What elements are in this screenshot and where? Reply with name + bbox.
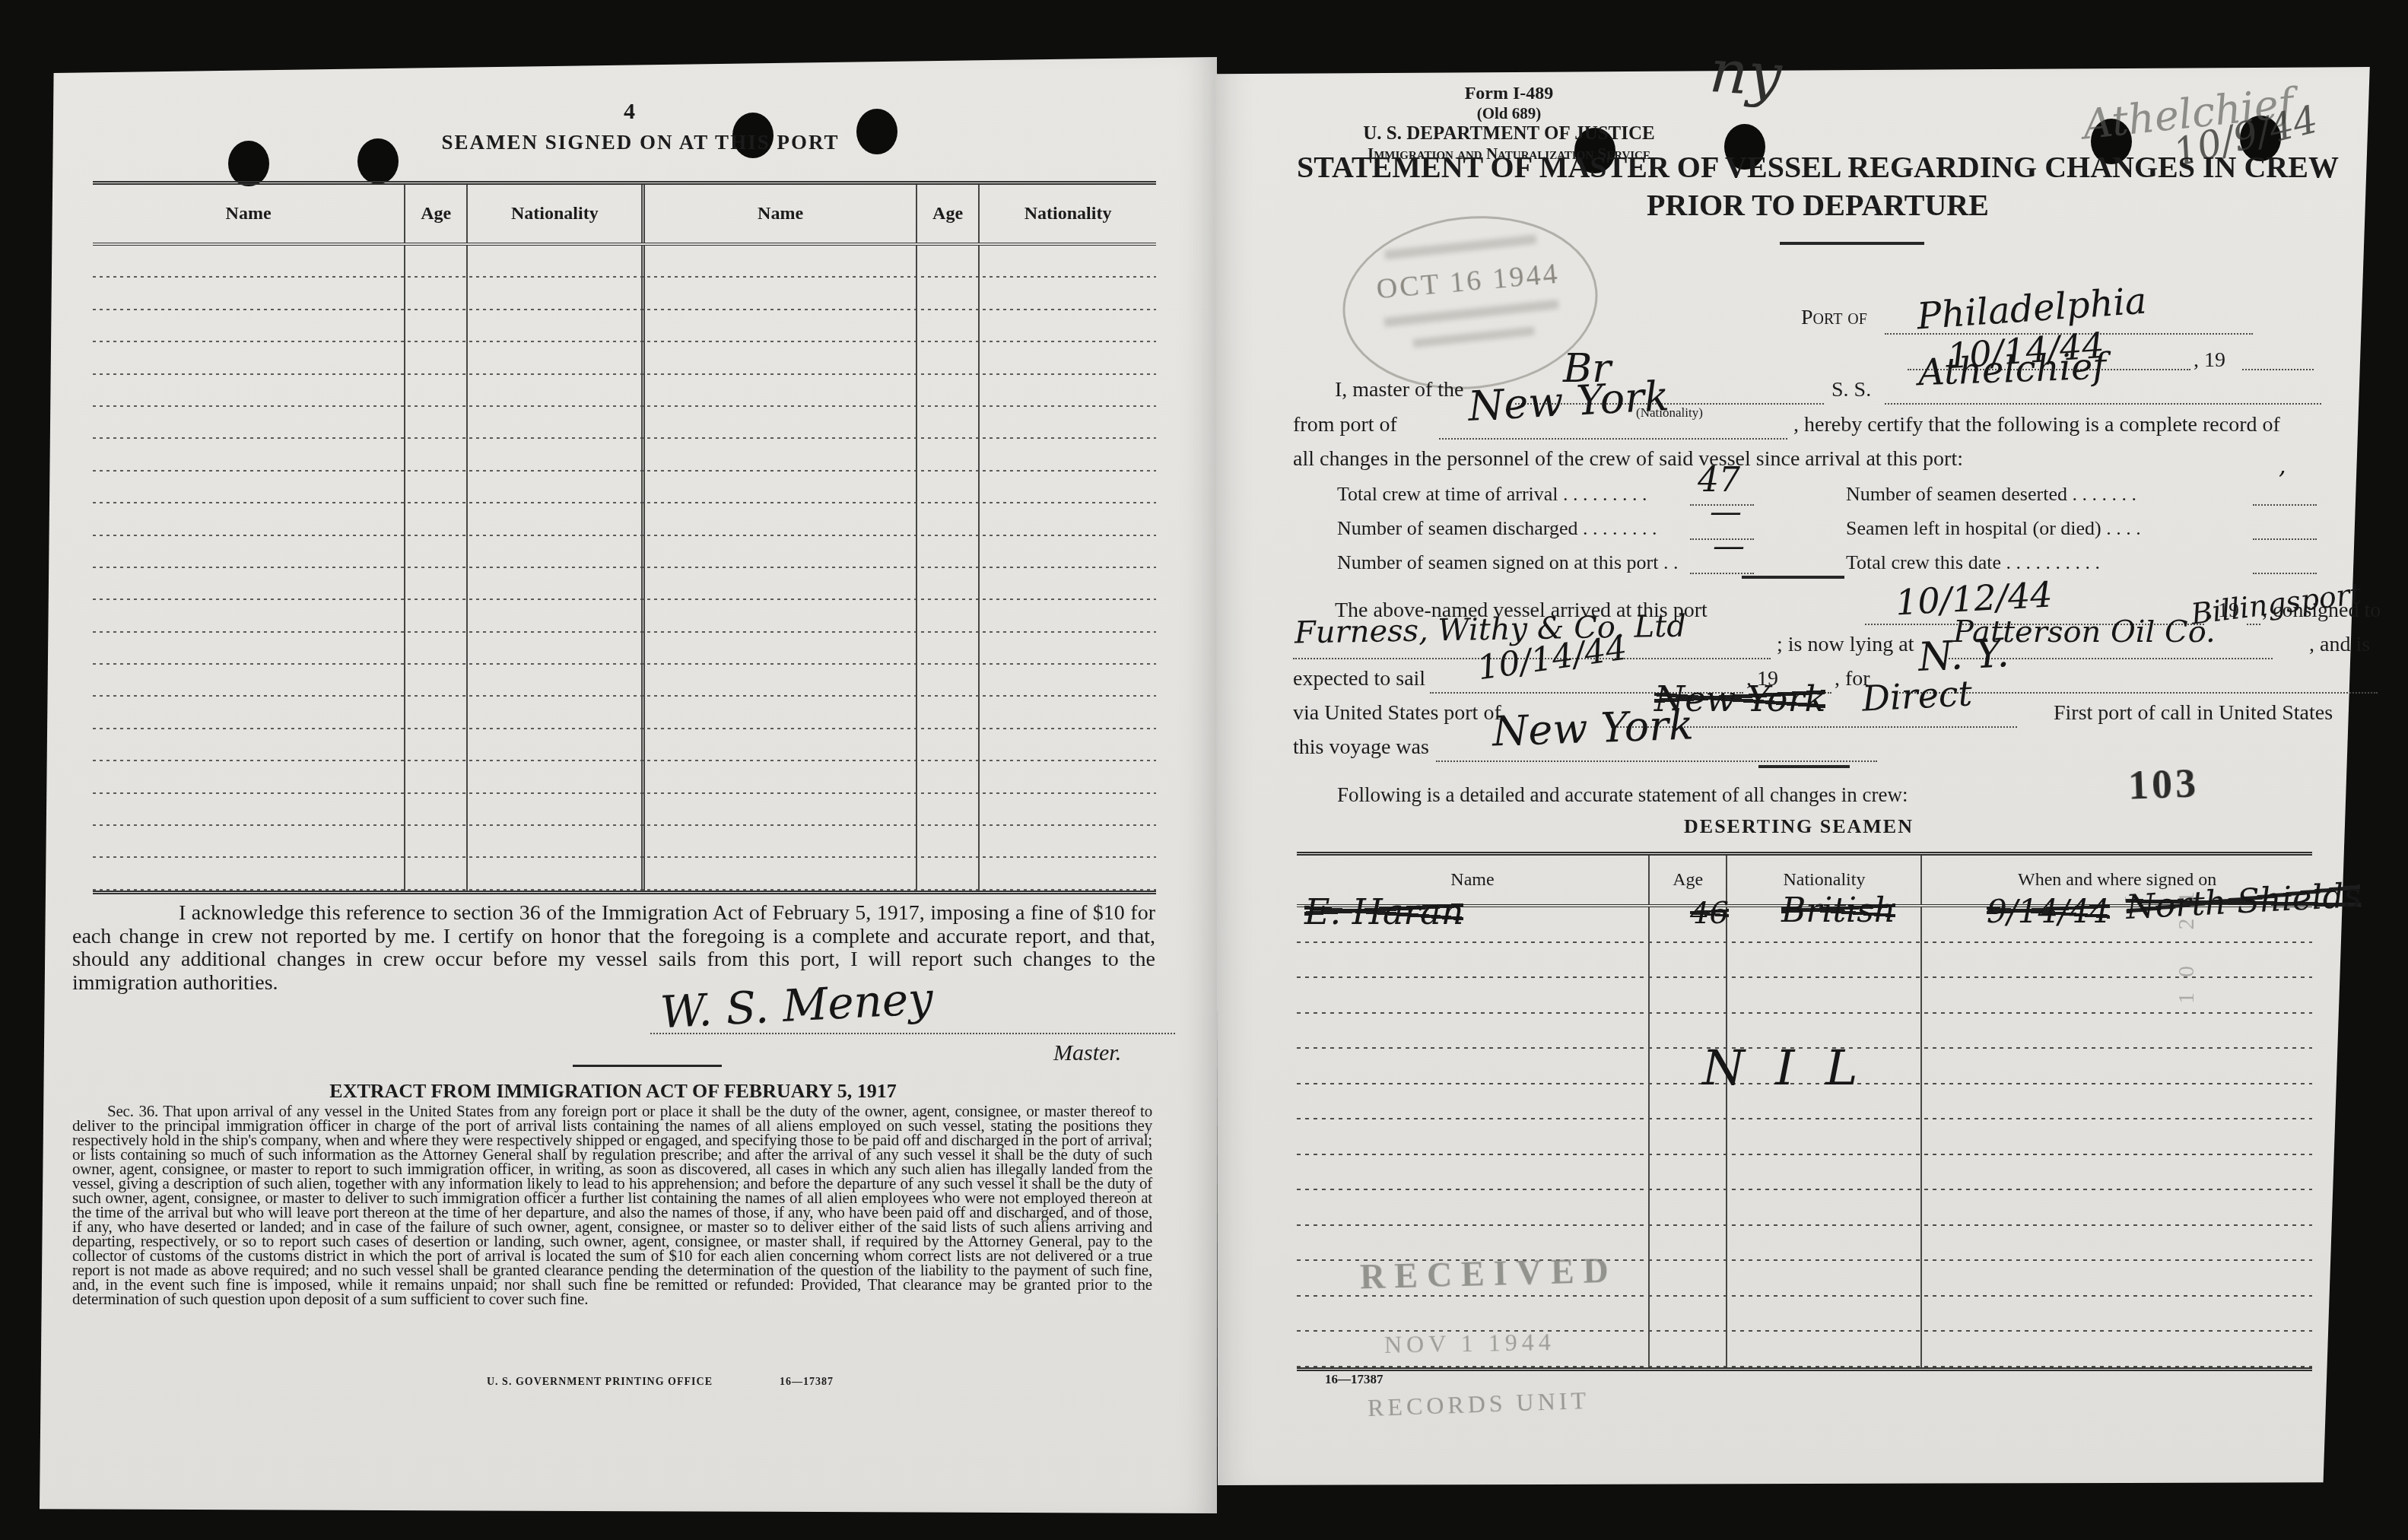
- acknowledgment-paragraph: I acknowledge this reference to section …: [72, 902, 1155, 995]
- table-cell: [93, 794, 404, 826]
- table-cell: [404, 761, 466, 793]
- table-cell: [93, 633, 404, 665]
- table-row: [1297, 1297, 2312, 1332]
- table-cell: [1920, 1226, 2312, 1262]
- table-cell: [1297, 978, 1648, 1014]
- table-row: [93, 503, 1156, 535]
- table-cell: [1297, 1155, 1648, 1191]
- column-header: Name: [93, 185, 404, 243]
- stat-fill: [2253, 538, 2317, 540]
- deserting-seamen-title: DESERTING SEAMEN: [1684, 815, 1914, 838]
- table-cell: [641, 858, 916, 890]
- ss-label: S. S.: [1831, 378, 1871, 402]
- table-cell: [978, 858, 1156, 890]
- table-cell: [641, 794, 916, 826]
- section-rule: [1742, 576, 1844, 579]
- table-row: [1297, 1190, 2312, 1226]
- column-header: Age: [404, 185, 466, 243]
- received-stamp: RECEIVED: [1359, 1250, 1618, 1297]
- table-cell: [978, 439, 1156, 471]
- printing-office-label: U. S. GOVERNMENT PRINTING OFFICE: [487, 1376, 713, 1389]
- table-cell: [1297, 1084, 1648, 1120]
- lying-label: ; is now lying at: [1777, 633, 1914, 657]
- printing-code: 16—17387: [780, 1376, 834, 1389]
- table-cell: [93, 407, 404, 439]
- table-cell: [404, 568, 466, 600]
- table-cell: [978, 794, 1156, 826]
- table-cell: [466, 697, 641, 729]
- table-cell: [466, 439, 641, 471]
- stamp-illegible-line: [1384, 235, 1536, 260]
- table-row: [1297, 1119, 2312, 1155]
- table-cell: [1726, 1261, 1920, 1297]
- table-row: [1297, 978, 2312, 1014]
- via-label: via United States port of: [1293, 701, 1501, 726]
- table-cell: [404, 536, 466, 568]
- table-cell: [1726, 943, 1920, 979]
- voyage-fill: [1436, 760, 1877, 762]
- table-cell: [916, 407, 978, 439]
- table-cell: [404, 858, 466, 890]
- table-cell: [93, 375, 404, 407]
- table-cell: [916, 697, 978, 729]
- table-row: [93, 375, 1156, 407]
- table-row: [93, 342, 1156, 374]
- table-cell: [641, 407, 916, 439]
- table-cell: [1726, 1119, 1920, 1155]
- table-cell: [93, 310, 404, 342]
- table-cell: [641, 665, 916, 697]
- stat-handwritten-value: —: [1713, 527, 1745, 564]
- table-cell: [978, 761, 1156, 793]
- page-number-stamp: 103: [2127, 759, 2200, 808]
- table-cell: [93, 342, 404, 374]
- table-cell: [916, 278, 978, 310]
- table-cell: [1648, 1226, 1727, 1262]
- table-cell: [1297, 943, 1648, 979]
- table-cell: [916, 439, 978, 471]
- table-cell: [641, 246, 916, 278]
- stat-fill: [2253, 573, 2317, 574]
- table-cell: [916, 342, 978, 374]
- stat-fill: [2253, 504, 2317, 506]
- table-cell: [1920, 1014, 2312, 1049]
- table-cell: [93, 472, 404, 503]
- and-is-label: , and is: [2309, 633, 2370, 657]
- table-cell: [93, 439, 404, 471]
- table-row: [93, 439, 1156, 471]
- table-row: [93, 794, 1156, 826]
- table-cell: [1297, 1297, 1648, 1332]
- table-cell: [93, 503, 404, 535]
- column-header: Name: [641, 185, 916, 243]
- table-cell: [641, 278, 916, 310]
- table-cell: [916, 729, 978, 761]
- stat-label: Seamen left in hospital (or died) . . . …: [1846, 517, 2141, 540]
- table-cell: [93, 665, 404, 697]
- table-cell: [641, 826, 916, 858]
- table-cell: [641, 472, 916, 503]
- table-cell: [978, 472, 1156, 503]
- title-rule: [1780, 242, 1924, 245]
- table-cell: [1297, 1014, 1648, 1049]
- table-cell: [466, 375, 641, 407]
- nil-handwritten: N I L: [1702, 1040, 1865, 1097]
- via-handwritten: Direct: [1861, 672, 1974, 719]
- table-cell: [93, 826, 404, 858]
- voyage-handwritten: New York: [1491, 700, 1695, 755]
- table-row: [93, 407, 1156, 439]
- first-port-label: First port of call in United States: [2054, 701, 2333, 726]
- form-old-number: (Old 689): [1243, 104, 1775, 123]
- table-cell: [466, 729, 641, 761]
- page-number: 4: [624, 99, 635, 125]
- year-fill-line: [2242, 369, 2314, 370]
- faint-side-stamp: 10 21: [2174, 877, 2200, 1005]
- table-cell: [466, 665, 641, 697]
- extract-title: EXTRACT FROM IMMIGRATION ACT OF FEBRUARY…: [329, 1080, 896, 1103]
- table-cell: [466, 794, 641, 826]
- table-cell: [466, 536, 641, 568]
- table-cell: [1920, 1049, 2312, 1084]
- table-row: [93, 536, 1156, 568]
- table-cell: [916, 472, 978, 503]
- table-cell: [1920, 1332, 2312, 1367]
- column-header: Age: [916, 185, 978, 243]
- table-cell: [1297, 1049, 1648, 1084]
- table-cell: [1648, 978, 1727, 1014]
- vessel-handwritten-value: Athelchief: [1917, 345, 2107, 395]
- table-cell: [466, 246, 641, 278]
- stat-fill: [1690, 573, 1754, 574]
- table-cell: [1648, 1261, 1727, 1297]
- table-cell: [1920, 978, 2312, 1014]
- table-cell: [1297, 1119, 1648, 1155]
- table-cell: [978, 246, 1156, 278]
- master-label: I, master of the: [1335, 378, 1464, 402]
- seamen-signed-on-table: Name Age Nationality Name Age Nationalit…: [93, 181, 1156, 894]
- table-cell: [466, 342, 641, 374]
- table-cell: [466, 407, 641, 439]
- stat-handwritten-value: —: [1710, 493, 1742, 530]
- table-cell: [93, 761, 404, 793]
- table-cell: [916, 503, 978, 535]
- table-row: [93, 729, 1156, 761]
- table-cell: [641, 568, 916, 600]
- table-cell: [641, 310, 916, 342]
- stat-label: Number of seamen signed on at this port …: [1337, 551, 1678, 574]
- certify-text: , hereby certify that the following is a…: [1793, 413, 2280, 437]
- table-cell: [93, 568, 404, 600]
- table-row: [93, 472, 1156, 503]
- punch-hole: [357, 138, 399, 184]
- table-cell: [978, 278, 1156, 310]
- table-cell: [404, 407, 466, 439]
- table-cell: [1648, 1190, 1727, 1226]
- signature-line: [650, 1033, 1175, 1034]
- stat-label: Total crew this date . . . . . . . . . .: [1846, 551, 2100, 574]
- table-cell: [916, 794, 978, 826]
- table-cell: [404, 246, 466, 278]
- table-cell: [1726, 1190, 1920, 1226]
- struck-nationality-handwritten: British: [1781, 891, 1895, 930]
- table-cell: [641, 342, 916, 374]
- table-cell: [404, 375, 466, 407]
- table-cell: [978, 568, 1156, 600]
- table-cell: [978, 503, 1156, 535]
- table-cell: [916, 310, 978, 342]
- table-cell: [916, 826, 978, 858]
- divider-rule: [573, 1065, 722, 1067]
- table-cell: [641, 375, 916, 407]
- table-cell: [641, 729, 916, 761]
- table-cell: [93, 246, 404, 278]
- table-cell: [916, 633, 978, 665]
- table-body: [93, 246, 1156, 894]
- table-cell: [93, 858, 404, 890]
- table-row: [93, 761, 1156, 793]
- table-cell: [978, 826, 1156, 858]
- table-cell: [404, 342, 466, 374]
- table-cell: [466, 761, 641, 793]
- table-cell: [978, 600, 1156, 632]
- table-cell: [466, 278, 641, 310]
- table-header-row: Name Age Nationality Name Age Nationalit…: [93, 185, 1156, 246]
- form-number: Form I-489: [1243, 84, 1775, 104]
- stat-handwritten-value: ’: [2278, 465, 2286, 494]
- department-name: U. S. DEPARTMENT OF JUSTICE: [1243, 123, 1775, 144]
- table-cell: [916, 600, 978, 632]
- table-cell: [404, 600, 466, 632]
- table-cell: [404, 439, 466, 471]
- table-cell: [1726, 978, 1920, 1014]
- table-cell: [1726, 1332, 1920, 1367]
- table-cell: [916, 761, 978, 793]
- table-cell: [978, 697, 1156, 729]
- table-cell: [1726, 1297, 1920, 1332]
- table-row: [1297, 1155, 2312, 1191]
- scanned-document: 4 SEAMEN SIGNED ON AT THIS PORT Name Age…: [0, 0, 2408, 1540]
- table-cell: [1648, 1155, 1727, 1191]
- table-cell: [466, 858, 641, 890]
- stamp-illegible-line: [1413, 326, 1535, 348]
- punch-hole: [856, 109, 897, 154]
- table-cell: [1648, 1332, 1727, 1367]
- port-label: Port of: [1801, 306, 1867, 330]
- pencil-annotation-ny: ny: [1708, 37, 1784, 110]
- table-cell: [93, 729, 404, 761]
- struck-age-handwritten: 46: [1690, 896, 1729, 931]
- table-cell: [641, 600, 916, 632]
- table-cell: [641, 503, 916, 535]
- table-cell: [1920, 1190, 2312, 1226]
- column-header: Nationality: [978, 185, 1156, 243]
- table-cell: [404, 729, 466, 761]
- stamp-date-text: OCT 16 1944: [1375, 257, 1561, 306]
- table-cell: [93, 536, 404, 568]
- received-date-stamp: NOV 1 1944: [1384, 1328, 1555, 1359]
- table-cell: [466, 472, 641, 503]
- table-cell: [641, 697, 916, 729]
- left-page-title: SEAMEN SIGNED ON AT THIS PORT: [442, 131, 840, 154]
- table-cell: [466, 600, 641, 632]
- table-cell: [916, 665, 978, 697]
- stamp-illegible-line: [1383, 300, 1558, 327]
- table-cell: [1648, 1119, 1727, 1155]
- table-row: [93, 826, 1156, 858]
- table-cell: [466, 633, 641, 665]
- signature-role-label: Master.: [1053, 1040, 1121, 1066]
- following-text: Following is a detailed and accurate sta…: [1337, 783, 1908, 807]
- table-cell: [466, 310, 641, 342]
- voyage-label: this voyage was: [1293, 735, 1429, 760]
- table-cell: [404, 826, 466, 858]
- table-cell: [641, 439, 916, 471]
- table-cell: [1920, 1261, 2312, 1297]
- all-changes-text: all changes in the personnel of the crew…: [1293, 447, 1963, 472]
- table-cell: [1648, 943, 1727, 979]
- table-cell: [93, 278, 404, 310]
- table-cell: [1297, 1190, 1648, 1226]
- table-cell: [978, 729, 1156, 761]
- table-cell: [978, 342, 1156, 374]
- from-port-label: from port of: [1293, 413, 1397, 437]
- table-cell: [978, 536, 1156, 568]
- table-cell: [1920, 943, 2312, 979]
- table-cell: [404, 633, 466, 665]
- stat-label: Number of seamen deserted . . . . . . .: [1846, 483, 2136, 506]
- table-cell: [466, 503, 641, 535]
- table-cell: [978, 310, 1156, 342]
- punch-hole: [228, 141, 269, 186]
- consignee-handwritten: Furness, Withy & Co. Ltd: [1295, 609, 1687, 651]
- table-row: [93, 310, 1156, 342]
- table-cell: [978, 633, 1156, 665]
- year-label: , 19: [2194, 348, 2225, 373]
- table-cell: [1726, 1226, 1920, 1262]
- table-cell: [404, 310, 466, 342]
- table-cell: [1726, 1155, 1920, 1191]
- table-cell: [916, 858, 978, 890]
- struck-signed-date-handwritten: 9/14/44: [1987, 893, 2110, 930]
- table-cell: [466, 568, 641, 600]
- table-cell: [93, 697, 404, 729]
- table-row: [93, 633, 1156, 665]
- table-cell: [1920, 1119, 2312, 1155]
- table-row: [93, 697, 1156, 729]
- table-body: [1297, 907, 2312, 1371]
- struck-name-handwritten: E. Haran: [1304, 891, 1463, 932]
- table-cell: [916, 568, 978, 600]
- table-cell: [641, 761, 916, 793]
- table-cell: [404, 503, 466, 535]
- table-cell: [978, 407, 1156, 439]
- sec36-paragraph: Sec. 36. That upon arrival of any vessel…: [72, 1104, 1152, 1307]
- footer-code: 16—17387: [1325, 1372, 1383, 1387]
- table-row: [93, 246, 1156, 278]
- table-cell: [916, 375, 978, 407]
- section-rule: [1758, 765, 1850, 768]
- table-row: [93, 568, 1156, 600]
- table-cell: [978, 665, 1156, 697]
- table-cell: [916, 246, 978, 278]
- table-cell: [404, 794, 466, 826]
- table-row: [93, 600, 1156, 632]
- table-cell: [641, 536, 916, 568]
- stat-label: Number of seamen discharged . . . . . . …: [1337, 517, 1657, 540]
- table-cell: [916, 536, 978, 568]
- table-cell: [1920, 1084, 2312, 1120]
- sail-label: expected to sail: [1293, 667, 1425, 691]
- table-cell: [404, 697, 466, 729]
- table-cell: [1648, 1297, 1727, 1332]
- table-cell: [404, 472, 466, 503]
- table-cell: [1920, 1155, 2312, 1191]
- table-cell: [404, 278, 466, 310]
- table-cell: [93, 600, 404, 632]
- table-row: [93, 858, 1156, 894]
- form-title-line2: PRIOR TO DEPARTURE: [1647, 187, 1989, 223]
- form-title-line1: STATEMENT OF MASTER OF VESSEL REGARDING …: [1297, 149, 2339, 185]
- table-cell: [978, 375, 1156, 407]
- table-cell: [1920, 1297, 2312, 1332]
- column-header: Nationality: [466, 185, 641, 243]
- table-cell: [641, 633, 916, 665]
- table-row: [93, 278, 1156, 310]
- table-cell: [404, 665, 466, 697]
- from-port-fill-line: [1439, 438, 1787, 440]
- table-cell: [466, 826, 641, 858]
- vessel-fill-line: [1885, 403, 2321, 405]
- stat-label: Total crew at time of arrival . . . . . …: [1337, 483, 1647, 506]
- table-row: [93, 665, 1156, 697]
- table-row: [1297, 943, 2312, 979]
